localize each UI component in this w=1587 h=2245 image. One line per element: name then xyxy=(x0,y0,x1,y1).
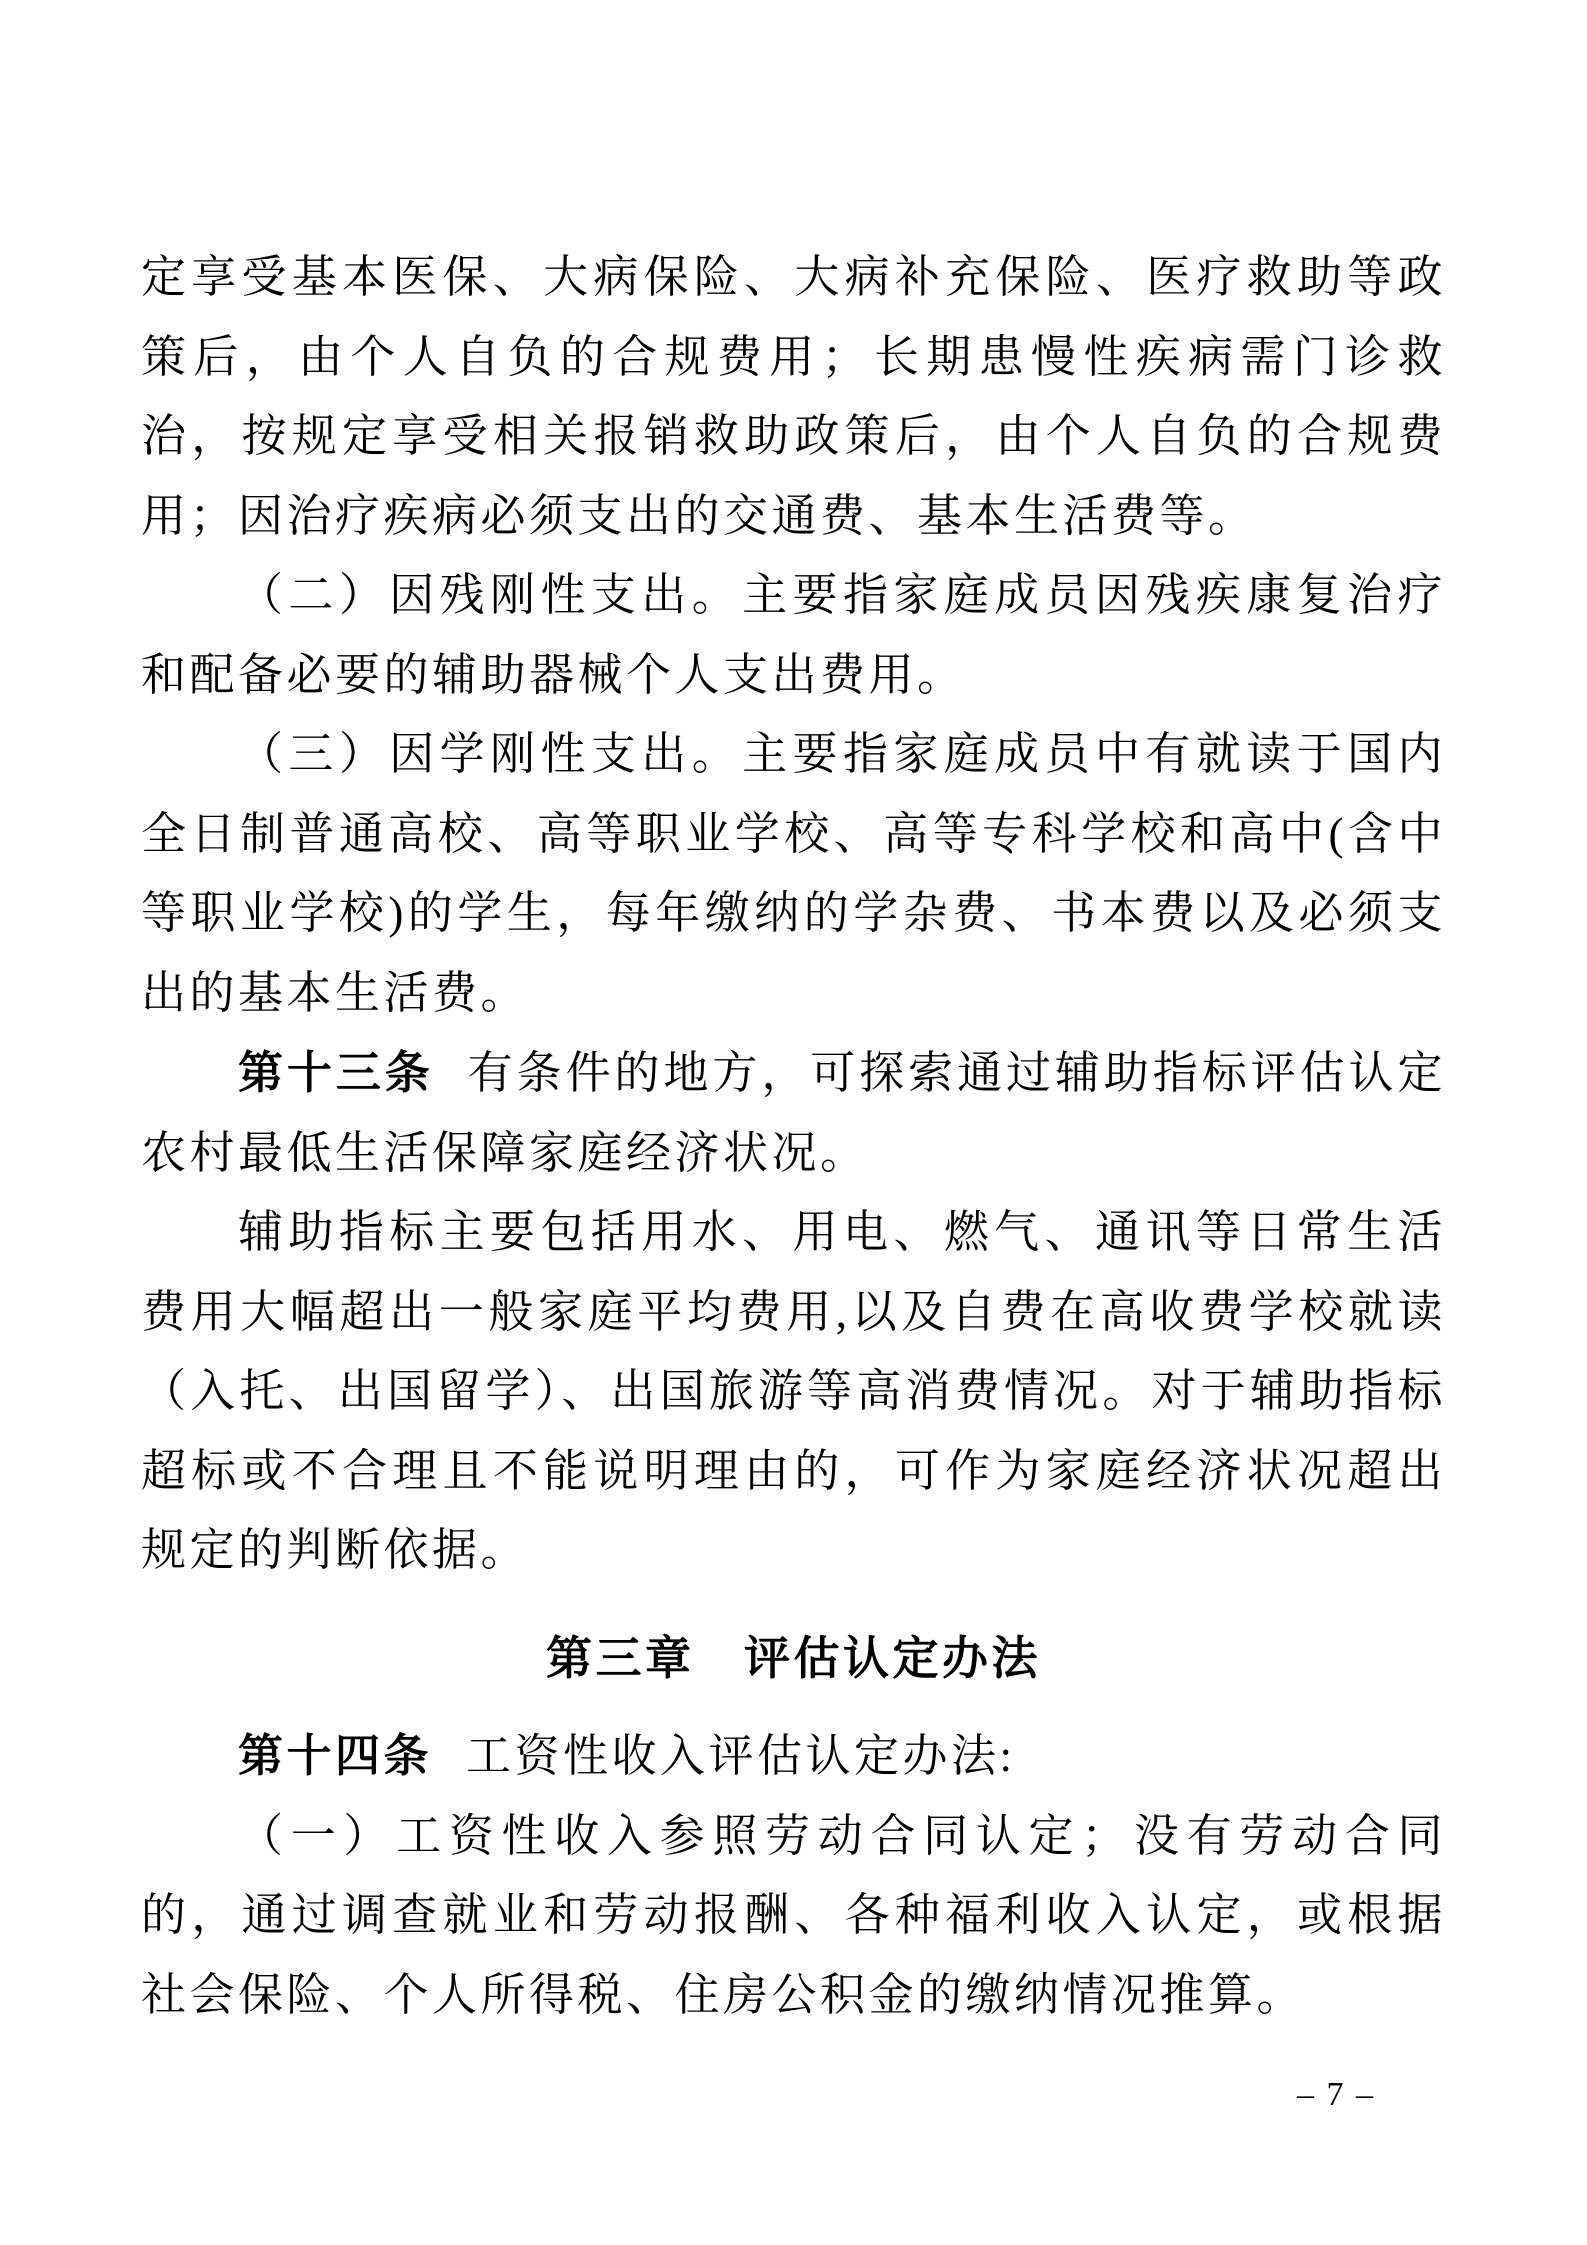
paragraph-disability-expenses: （二）因残刚性支出。主要指家庭成员因残疾康复治疗和配备必要的辅助器械个人支出费用… xyxy=(141,556,1446,715)
paragraph-article-13: 第十三条有条件的地方，可探索通过辅助指标评估认定农村最低生活保障家庭经济状况。 xyxy=(141,1033,1446,1193)
page-number: – 7 – xyxy=(1297,2076,1375,2114)
paragraph-article-14: 第十四条工资性收入评估认定办法: xyxy=(141,1716,1446,1797)
paragraph-education-expenses: （三）因学刚性支出。主要指家庭成员中有就读于国内全日制普通高校、高等职业学校、高… xyxy=(141,715,1446,1033)
paragraph-wage-income: （一）工资性收入参照劳动合同认定；没有劳动合同的，通过调查就业和劳动报酬、各种福… xyxy=(141,1797,1446,2036)
article-14-text: 工资性收入评估认定办法: xyxy=(466,1731,1016,1781)
document-body: 定享受基本医保、大病保险、大病补充保险、医疗救助等政策后，由个人自负的合规费用；… xyxy=(141,238,1446,2035)
chapter-3-heading: 第三章 评估认定办法 xyxy=(141,1619,1446,1699)
document-page: 定享受基本医保、大病保险、大病补充保险、医疗救助等政策后，由个人自负的合规费用；… xyxy=(0,0,1587,2245)
paragraph-auxiliary-indicators: 辅助指标主要包括用水、用电、燃气、通讯等日常生活费用大幅超出一般家庭平均费用,以… xyxy=(141,1193,1446,1591)
paragraph-medical-expenses: 定享受基本医保、大病保险、大病补充保险、医疗救助等政策后，由个人自负的合规费用；… xyxy=(141,238,1446,556)
article-14-number: 第十四条 xyxy=(238,1730,432,1781)
article-13-number: 第十三条 xyxy=(238,1047,434,1098)
